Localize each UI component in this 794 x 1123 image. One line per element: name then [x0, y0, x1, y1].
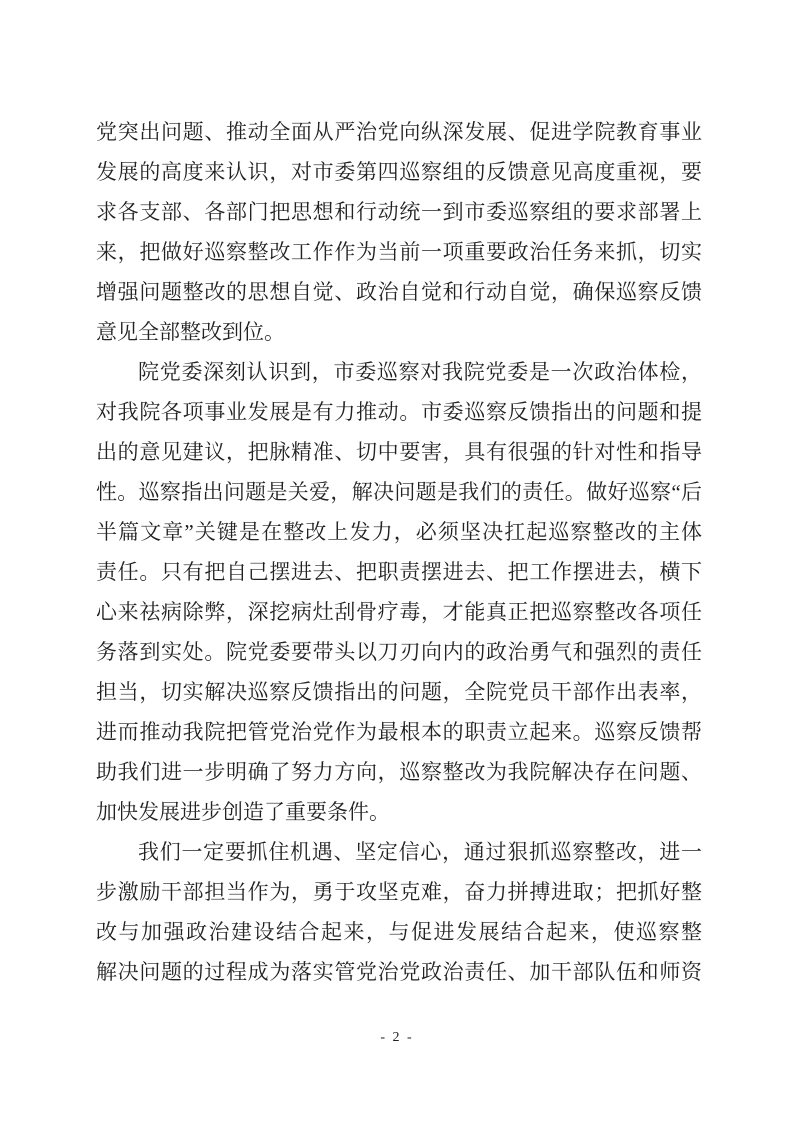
- text-line: 改与加强政治建设结合起来，与促进发展结合起来，使巡察整改、: [96, 912, 702, 952]
- text-line: 对我院各项事业发展是有力推动。市委巡察反馈指出的问题和提: [96, 392, 702, 432]
- text-line: 增强问题整改的思想自觉、政治自觉和行动自觉，确保巡察反馈: [96, 272, 702, 312]
- document-page: 党突出问题、推动全面从严治党向纵深发展、促进学院教育事业发展的高度来认识，对市委…: [0, 0, 794, 1123]
- text-line: 发展的高度来认识，对市委第四巡察组的反馈意见高度重视，要: [96, 152, 702, 192]
- text-line: 加快发展进步创造了重要条件。: [96, 792, 702, 832]
- text-line: 我们一定要抓住机遇、坚定信心，通过狠抓巡察整改，进一: [96, 832, 702, 872]
- text-line: 务落到实处。院党委要带头以刀刃向内的政治勇气和强烈的责任: [96, 632, 702, 672]
- text-line: 步激励干部担当作为，勇于攻坚克难，奋力拼搏进取；把抓好整: [96, 872, 702, 912]
- text-line: 担当，切实解决巡察反馈指出的问题，全院党员干部作出表率，: [96, 672, 702, 712]
- page-number: - 2 -: [0, 1028, 794, 1048]
- text-line: 进而推动我院把管党治党作为最根本的职责立起来。巡察反馈帮: [96, 712, 702, 752]
- text-line: 党突出问题、推动全面从严治党向纵深发展、促进学院教育事业: [96, 112, 702, 152]
- text-line: 责任。只有把自己摆进去、把职责摆进去、把工作摆进去，横下: [96, 552, 702, 592]
- document-body: 党突出问题、推动全面从严治党向纵深发展、促进学院教育事业发展的高度来认识，对市委…: [96, 112, 702, 992]
- text-line: 院党委深刻认识到，市委巡察对我院党委是一次政治体检，: [96, 352, 702, 392]
- text-line: 助我们进一步明确了努力方向，巡察整改为我院解决存在问题、: [96, 752, 702, 792]
- text-line: 半篇文章”关键是在整改上发力，必须坚决扛起巡察整改的主体: [96, 512, 702, 552]
- text-line: 解决问题的过程成为落实管党治党政治责任、加干部队伍和师资: [96, 952, 702, 992]
- paragraph: 我们一定要抓住机遇、坚定信心，通过狠抓巡察整改，进一步激励干部担当作为，勇于攻坚…: [96, 832, 702, 992]
- text-line: 来，把做好巡察整改工作作为当前一项重要政治任务来抓，切实: [96, 232, 702, 272]
- text-line: 意见全部整改到位。: [96, 312, 702, 352]
- paragraph: 党突出问题、推动全面从严治党向纵深发展、促进学院教育事业发展的高度来认识，对市委…: [96, 112, 702, 352]
- text-line: 求各支部、各部门把思想和行动统一到市委巡察组的要求部署上: [96, 192, 702, 232]
- text-line: 性。巡察指出问题是关爱，解决问题是我们的责任。做好巡察“后: [96, 472, 702, 512]
- text-line: 心来祛病除弊，深挖病灶刮骨疗毒，才能真正把巡察整改各项任: [96, 592, 702, 632]
- text-line: 出的意见建议，把脉精准、切中要害，具有很强的针对性和指导: [96, 432, 702, 472]
- paragraph: 院党委深刻认识到，市委巡察对我院党委是一次政治体检，对我院各项事业发展是有力推动…: [96, 352, 702, 832]
